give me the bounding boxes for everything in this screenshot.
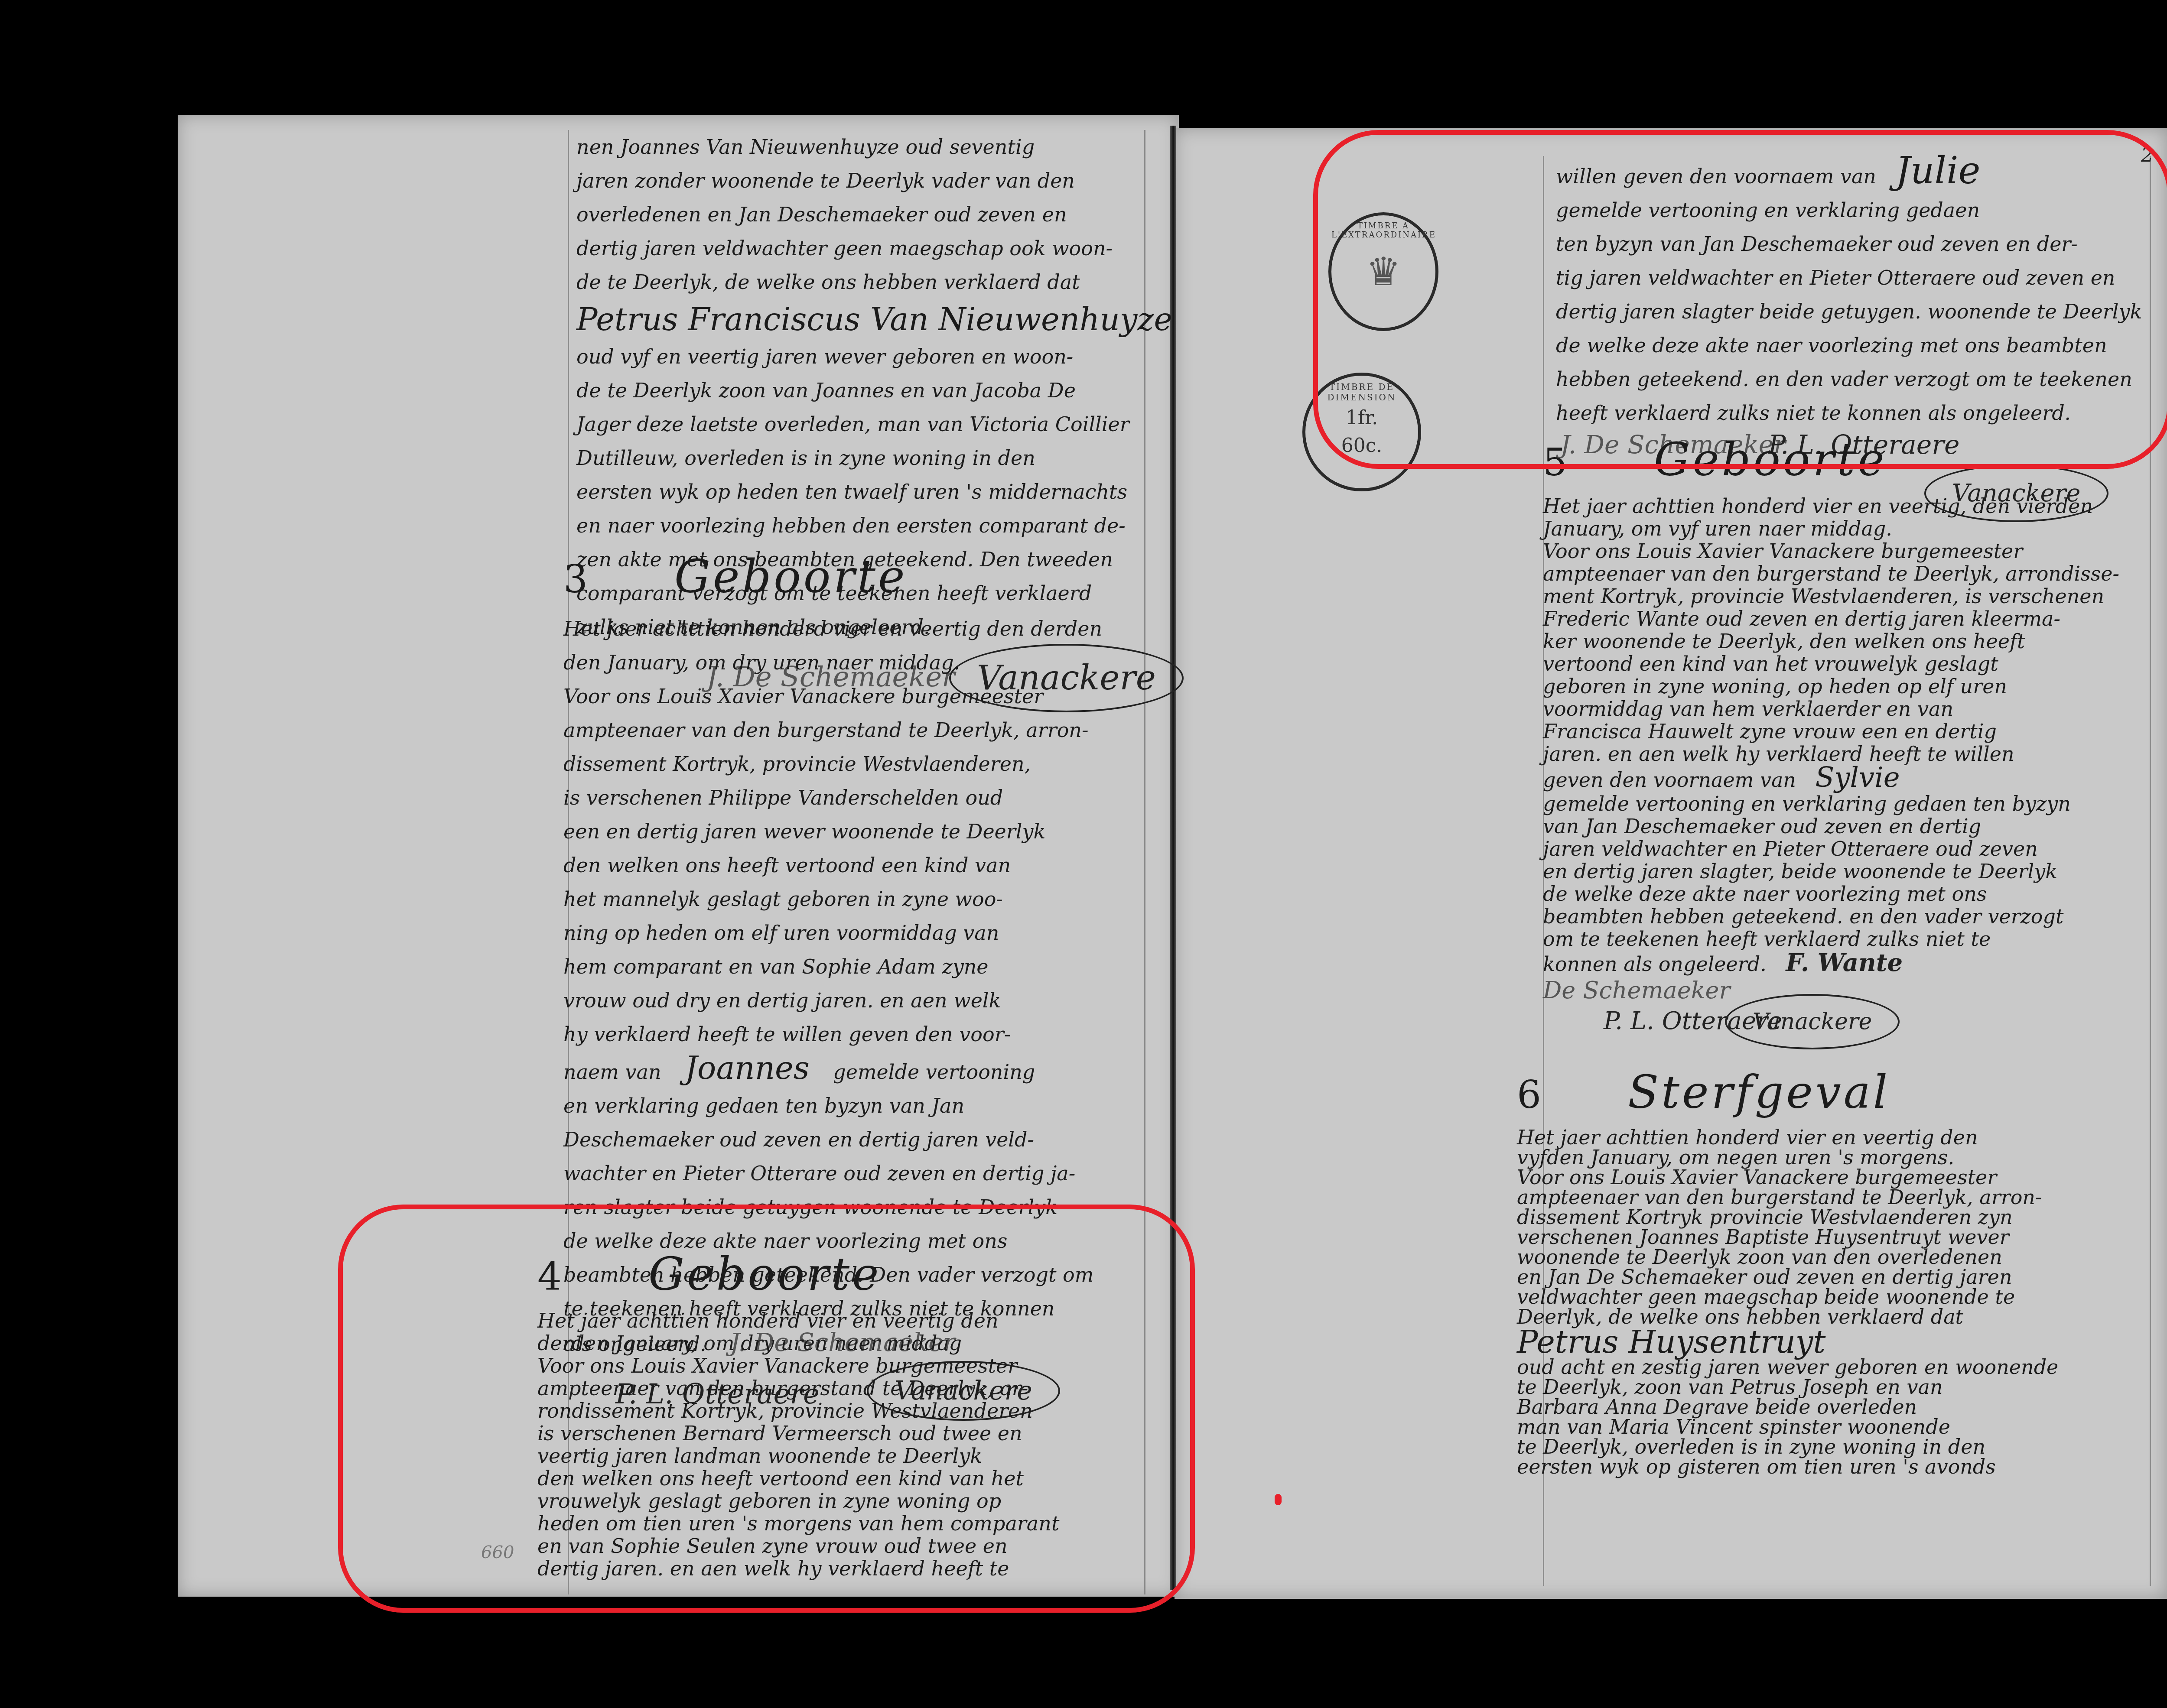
text-line: ampteenaer van den burgerstand te Deerly… [1543,562,2150,585]
entry-type-heading: Geboorte [674,550,907,603]
text-line: dissement Kortryk provincie Westvlaender… [1517,1207,2150,1227]
text-line: jaren veldwachter en Pieter Otteraere ou… [1543,838,2150,860]
text-line: eersten wyk op gisteren om tien uren 's … [1517,1457,2150,1477]
signature-vanackere: Vanackere [1725,994,1900,1049]
text-line: Het jaer achttien honderd vier en veerti… [1543,495,2150,517]
text-line: nen Joannes Van Nieuwenhuyze oud seventi… [576,130,1149,164]
entry-5-birth: 5 Geboorte Het jaer achttien honderd vie… [1543,433,2150,1063]
text-line: naem van Joannes gemelde vertooning [563,1051,1144,1089]
text-line: konnen als ongeleerd. F. Wante [1543,950,2150,977]
text-line: de te Deerlyk zoon van Joannes en van Ja… [576,373,1149,407]
text-line: veldwachter geen maegschap beide woonend… [1517,1287,2150,1307]
text-line: January, om vyf uren naer middag. [1543,517,2150,540]
text-line: de te Deerlyk, de welke ons hebben verkl… [576,265,1149,299]
text-line: Het jaer achttien honderd vier en veerti… [563,612,1144,646]
text-fragment: konnen als ongeleerd. [1543,952,1767,976]
text-line: verschenen Joannes Baptiste Huysentruyt … [1517,1227,2150,1247]
annotation-red-dot-marker [1275,1494,1282,1505]
text-line: woonende te Deerlyk zoon van den overled… [1517,1247,2150,1267]
text-line: ker woonende te Deerlyk, den welken ons … [1543,630,2150,653]
text-line: gemelde vertooning en verklaring gedaen … [1543,792,2150,815]
text-line: ning op heden om elf uren voormiddag van [563,916,1144,950]
text-line: wachter en Pieter Otterare oud zeven en … [563,1156,1144,1190]
text-line: Frederic Wante oud zeven en dertig jaren… [1543,607,2150,630]
child-name: Sylvie [1816,762,1900,794]
signature-deschemaeker: De Schemaeker [1543,977,1730,1004]
text-line: vrouw oud dry en dertig jaren. en aen we… [563,984,1144,1017]
text-line: den January, om dry uren naer middag. [563,646,1144,679]
text-line: te Deerlyk, overleden is in zyne woning … [1517,1437,2150,1457]
deceased-name: Petrus Huysentruyt [1517,1327,2150,1357]
text-line: overledenen en Jan Deschemaeker oud zeve… [576,198,1149,231]
text-line: een en dertig jaren wever woonende te De… [563,815,1144,848]
text-fragment: naem van [563,1060,661,1084]
text-line: Dutilleuw, overleden is in zyne woning i… [576,441,1149,475]
text-line: ampteenaer van den burgerstand te Deerly… [1517,1187,2150,1207]
text-line: dertig jaren veldwachter geen maegschap … [576,231,1149,265]
text-line: en Jan De Schemaeker oud zeven en dertig… [1517,1267,2150,1287]
text-line: is verschenen Philippe Vanderschelden ou… [563,781,1144,815]
text-line: ment Kortryk, provincie Westvlaenderen, … [1543,585,2150,607]
text-line: Deschemaeker oud zeven en dertig jaren v… [563,1123,1144,1156]
text-line: te Deerlyk, zoon van Petrus Joseph en va… [1517,1377,2150,1397]
signature-block: De Schemaeker P. L. Otteraere Vanackere [1543,977,2150,1063]
text-line: oud vyf en veertig jaren wever geboren e… [576,340,1149,373]
text-line: geboren in zyne woning, op heden op elf … [1543,675,2150,698]
text-line: hem comparant en van Sophie Adam zyne [563,950,1144,984]
text-line: jaren zonder woonende te Deerlyk vader v… [576,164,1149,198]
text-fragment: geven den voornaem van [1543,768,1796,792]
text-line: voormiddag van hem verklaerder en van [1543,698,2150,720]
entry-number: 3 [563,557,588,601]
text-line: eersten wyk op heden ten twaelf uren 's … [576,475,1149,509]
text-line: ampteenaer van den burgerstand te Deerly… [563,713,1144,747]
text-line: de welke deze akte naer voorlezing met o… [1543,883,2150,905]
text-line: Voor ons Louis Xavier Vanackere burgemee… [1517,1167,2150,1187]
text-line: Jager deze laetste overleden, man van Vi… [576,407,1149,441]
text-line: Francisca Hauwelt zyne vrouw een en dert… [1543,720,2150,743]
entry-6-death: 6 Sterfgeval Het jaer achttien honderd v… [1517,1066,2150,1477]
entry-type-heading: Sterfgeval [1628,1066,1890,1119]
signature-father-wante: F. Wante [1786,948,1903,977]
text-line: het mannelyk geslagt geboren in zyne woo… [563,882,1144,916]
text-line: om te teekenen heeft verklaerd zulks nie… [1543,928,2150,950]
text-line: vyfden January, om negen uren 's morgens… [1517,1147,2150,1167]
text-line: Voor ons Louis Xavier Vanackere burgemee… [1543,540,2150,562]
text-line: Barbara Anna Degrave beide overleden [1517,1397,2150,1417]
text-line: geven den voornaem van Sylvie [1543,765,2150,792]
text-line: beambten hebben geteekend. en den vader … [1543,905,2150,928]
text-line: van Jan Deschemaeker oud zeven en dertig [1543,815,2150,838]
text-line: vertoond een kind van het vrouwelyk gesl… [1543,653,2150,675]
text-line: hy verklaerd heeft te willen geven den v… [563,1017,1144,1051]
text-line: den welken ons heeft vertoond een kind v… [563,848,1144,882]
text-line: dissement Kortryk, provincie Westvlaende… [563,747,1144,781]
deceased-name: Petrus Franciscus Van Nieuwenhuyze [576,299,1149,340]
entry-number: 6 [1517,1072,1541,1117]
text-line: en naer voorlezing hebben den eersten co… [576,509,1149,542]
text-line: Het jaer achttien honderd vier en veerti… [1517,1127,2150,1147]
annotation-box-right-top [1313,130,2167,469]
text-line: en verklaring gedaen ten byzyn van Jan [563,1089,1144,1123]
text-line: man van Maria Vincent spinster woonende [1517,1417,2150,1437]
text-line: oud acht en zestig jaren wever geboren e… [1517,1357,2150,1377]
text-fragment: gemelde vertooning [833,1060,1035,1084]
annotation-box-left-bottom [338,1205,1195,1613]
text-line: Voor ons Louis Xavier Vanackere burgemee… [563,679,1144,713]
text-line: en dertig jaren slagter, beide woonende … [1543,860,2150,883]
child-name: Joannes [685,1050,809,1086]
